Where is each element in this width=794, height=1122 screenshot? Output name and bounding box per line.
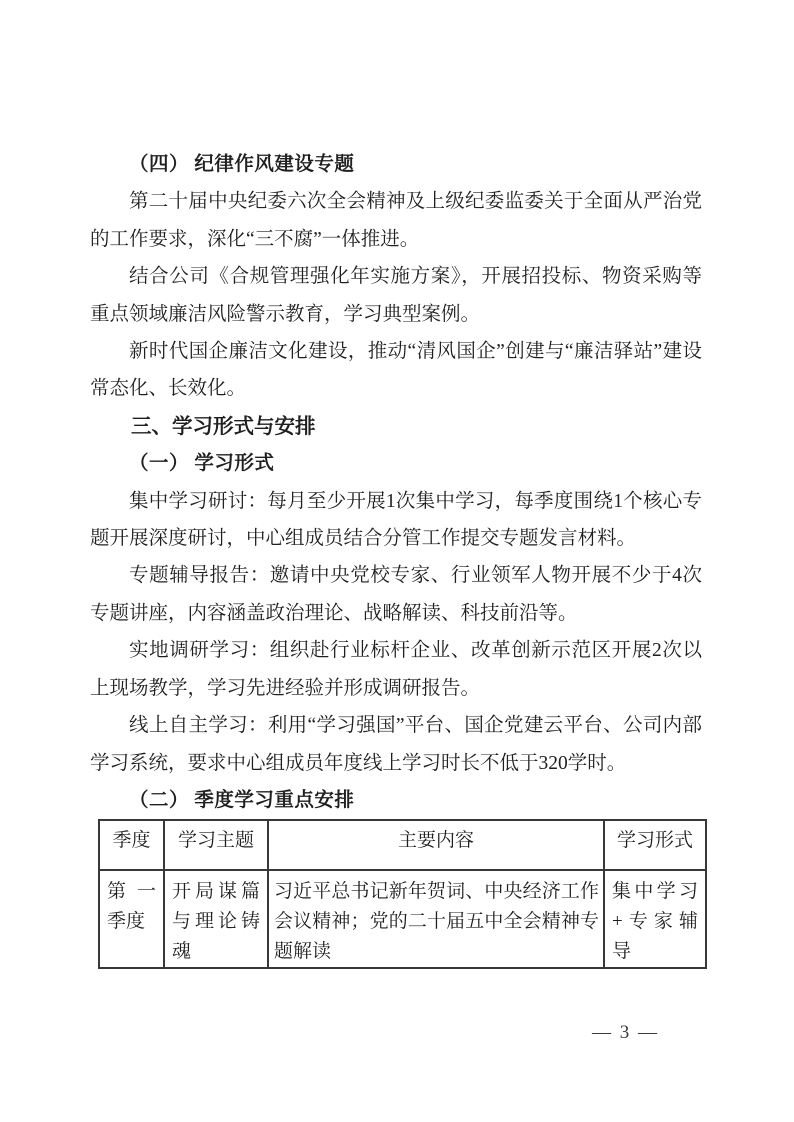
page-number: — 3 — (592, 1022, 659, 1044)
table-header-form: 学习形式 (604, 820, 706, 870)
cell-quarter: 第一季度 (99, 870, 164, 968)
para-discipline-3: 新时代国企廉洁文化建设，推动“清风国企”创建与“廉洁驿站”建设常态化、长效化。 (90, 333, 702, 408)
cell-form: 集中学习+专家辅导 (604, 870, 706, 968)
table-header-row: 季度 学习主题 主要内容 学习形式 (99, 820, 706, 870)
para-field-research: 实地调研学习：组织赴行业标杆企业、改革创新示范区开展2次以上现场教学，学习先进经… (90, 632, 702, 707)
table-header-content: 主要内容 (268, 820, 604, 870)
table-header-quarter: 季度 (99, 820, 164, 870)
para-expert-lectures: 专题辅导报告：邀请中央党校专家、行业领军人物开展不少于4次专题讲座，内容涵盖政治… (90, 557, 702, 632)
para-online-learning: 线上自主学习：利用“学习强国”平台、国企党建云平台、公司内部学习系统，要求中心组… (90, 707, 702, 782)
heading-discipline-section: （四） 纪律作风建设专题 (90, 146, 702, 183)
cell-content: 习近平总书记新年贺词、中央经济工作会议精神；党的二十届五中全会精神专题解读 (268, 870, 604, 968)
para-discipline-1: 第二十届中央纪委六次全会精神及上级纪委监委关于全面从严治党的工作要求，深化“三不… (90, 183, 702, 258)
table-row-q1: 第一季度 开局谋篇与理论铸魂 习近平总书记新年贺词、中央经济工作会议精神；党的二… (99, 870, 706, 968)
content-area: （四） 纪律作风建设专题 第二十届中央纪委六次全会精神及上级纪委监委关于全面从严… (90, 146, 702, 969)
para-discipline-2: 结合公司《合规管理强化年实施方案》，开展招投标、物资采购等重点领域廉洁风险警示教… (90, 258, 702, 333)
cell-theme: 开局谋篇与理论铸魂 (164, 870, 268, 968)
heading-quarterly-plan: （二） 季度学习重点安排 (90, 782, 702, 819)
para-centralized-study: 集中学习研讨：每月至少开展1次集中学习，每季度围绕1个核心专题开展深度研讨，中心… (90, 483, 702, 558)
quarterly-study-table: 季度 学习主题 主要内容 学习形式 第一季度 开局谋篇与理论铸魂 习近平总书记新… (98, 819, 707, 969)
document-page: （四） 纪律作风建设专题 第二十届中央纪委六次全会精神及上级纪委监委关于全面从严… (0, 0, 794, 1122)
heading-study-forms: （一） 学习形式 (90, 445, 702, 482)
table-header-theme: 学习主题 (164, 820, 268, 870)
heading-study-arrangement: 三、学习形式与安排 (90, 408, 702, 445)
